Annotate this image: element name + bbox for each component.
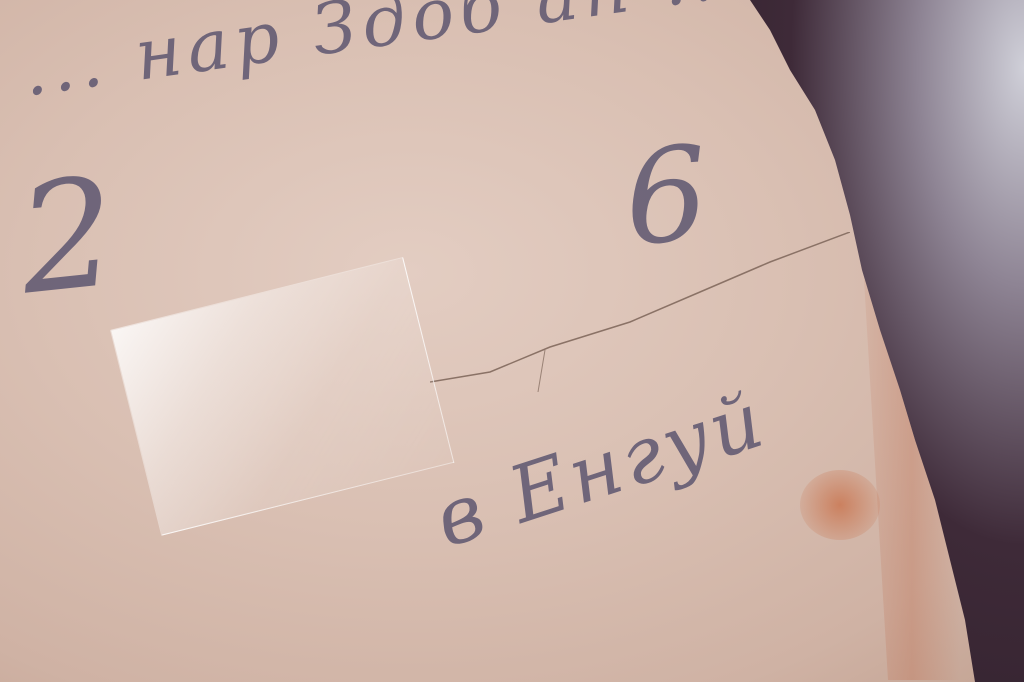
clear-tape xyxy=(110,257,454,536)
handwriting-bottom-line: в Енгуй xyxy=(424,374,777,565)
handwriting-left-number: 2 xyxy=(11,145,124,328)
handwriting-top-line: ... нар Здоб ан ... xyxy=(18,0,752,112)
rust-stain xyxy=(800,470,880,540)
paper-crack xyxy=(430,232,850,392)
